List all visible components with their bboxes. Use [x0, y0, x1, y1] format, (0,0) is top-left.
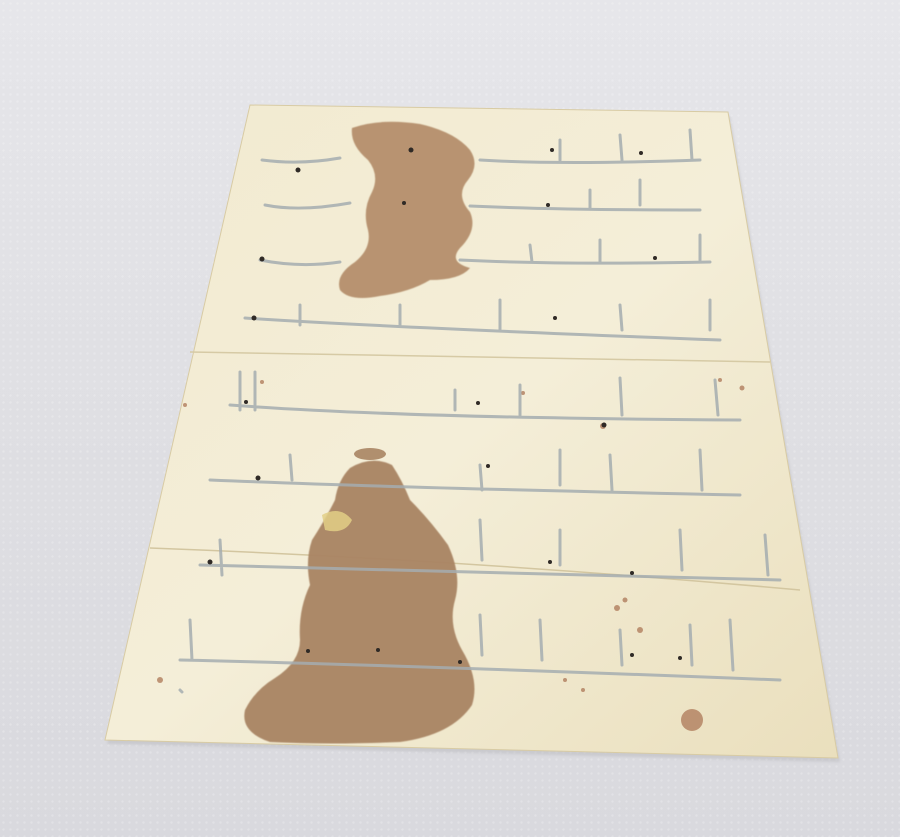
manuscript-photo [0, 0, 900, 837]
stain-drop [354, 448, 386, 460]
